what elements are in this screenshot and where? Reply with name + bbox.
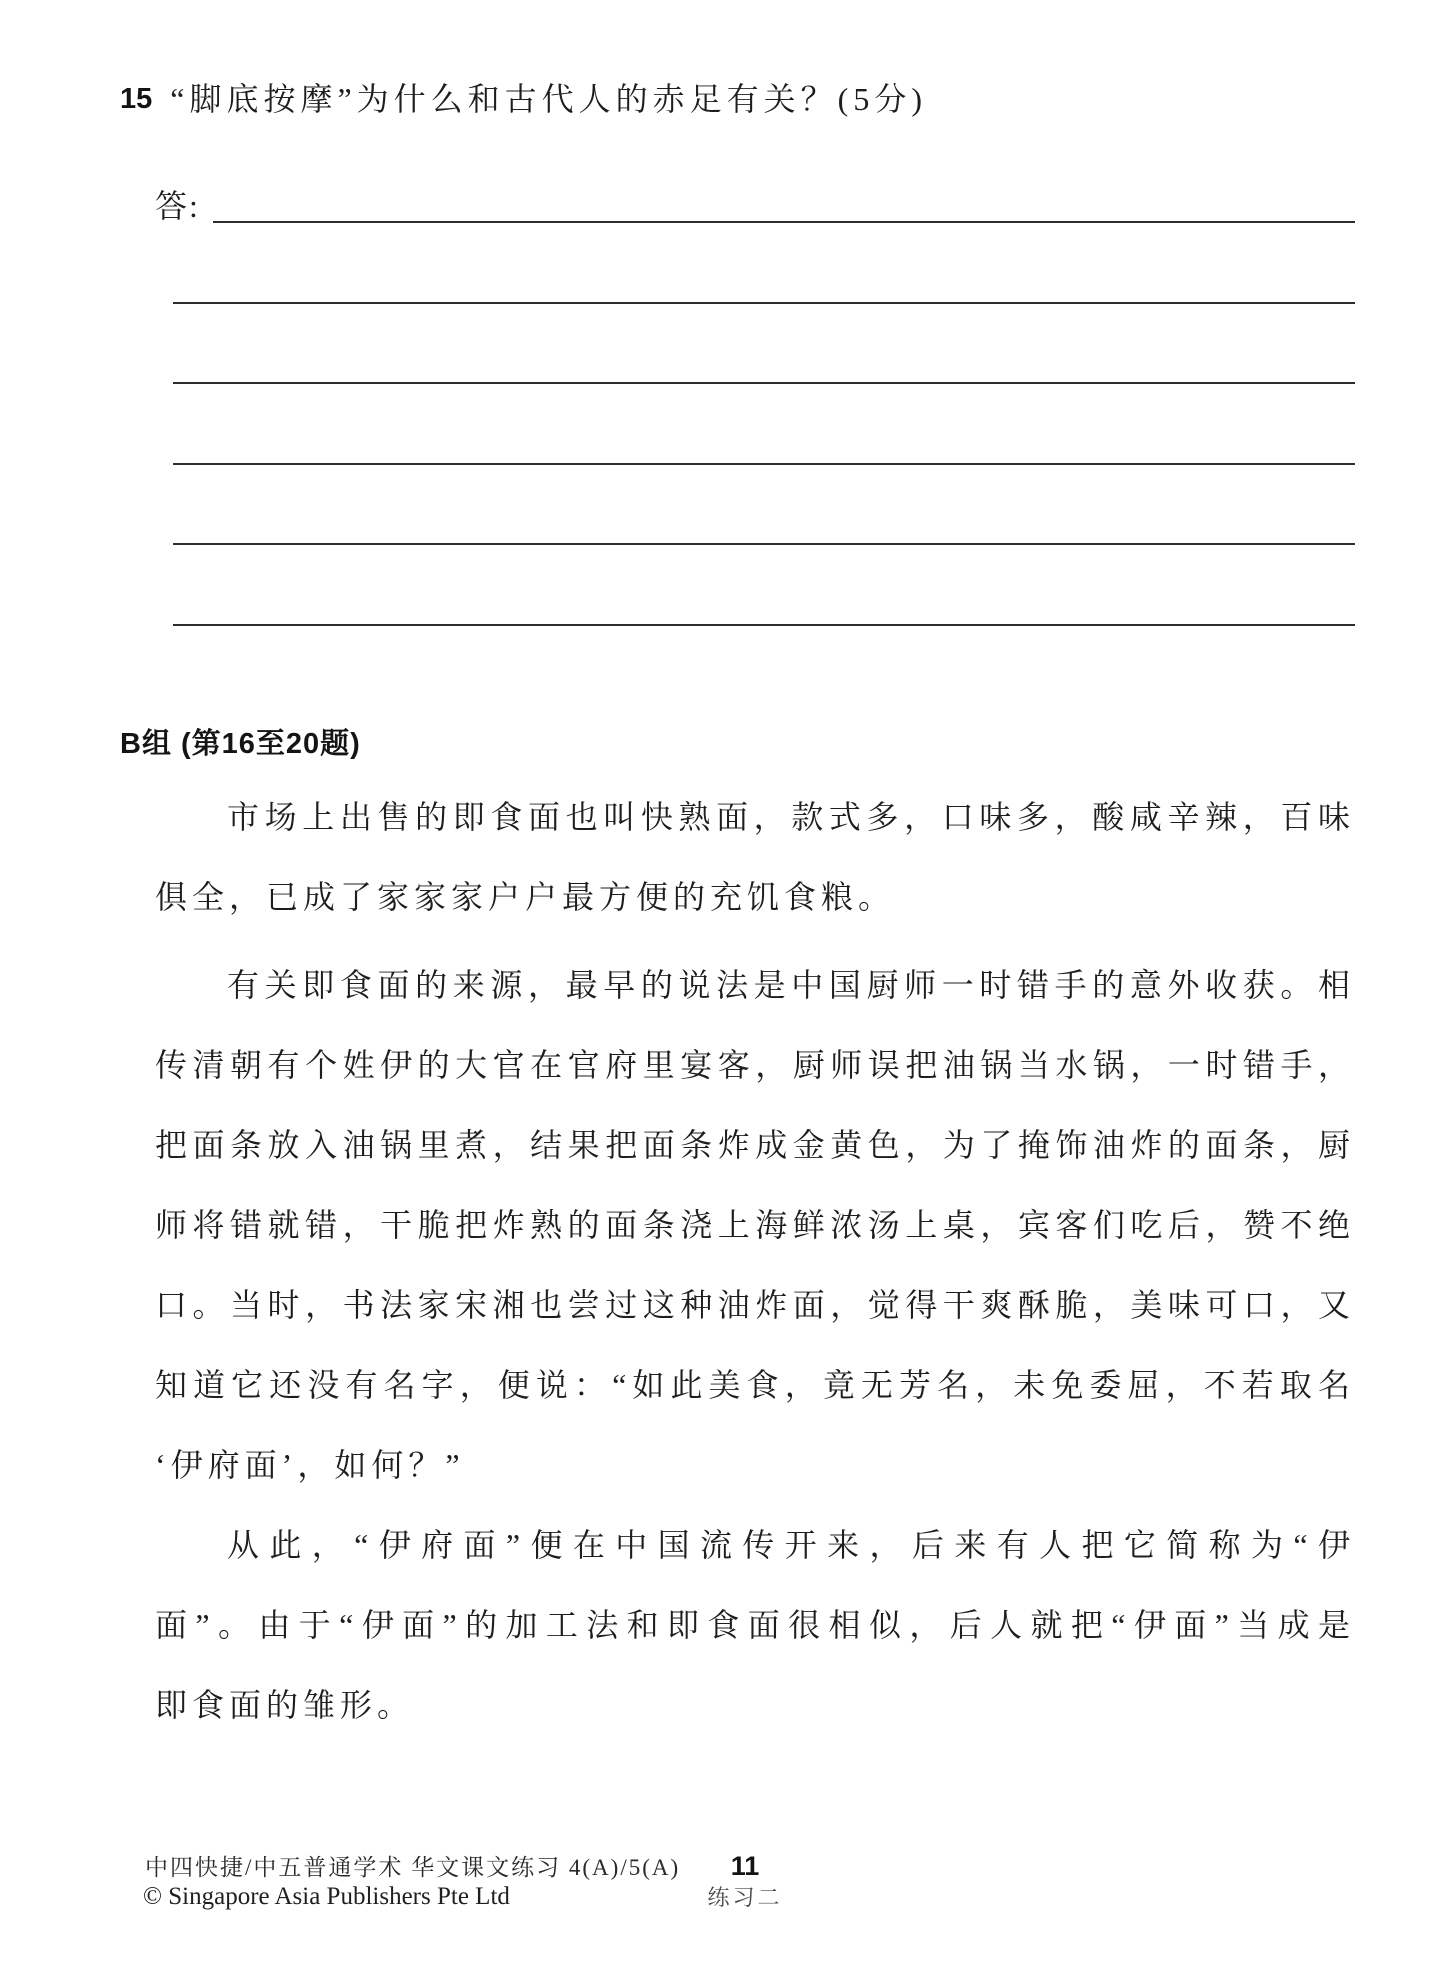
answer-line — [173, 463, 1355, 465]
answer-line — [213, 221, 1355, 223]
exercise-label: 练习二 — [690, 1884, 800, 1912]
question-15: 15 “脚底按摩”为什么和古代人的赤足有关？(5分) — [120, 76, 1370, 122]
passage-line: 俱全，已成了家家家户户最方便的充饥食粮。 — [155, 857, 1355, 937]
passage-line: ‘伊府面’，如何？” — [155, 1425, 1355, 1505]
question-number: 15 — [120, 76, 152, 122]
passage-line: 市场上出售的即食面也叫快熟面，款式多，口味多，酸咸辛辣，百味 — [155, 777, 1355, 857]
passage-line: 把面条放入油锅里煮，结果把面条炸成金黄色，为了掩饰油炸的面条，厨 — [155, 1105, 1355, 1185]
passage-line: 知道它还没有名字，便说：“如此美食，竟无芳名，未免委屈，不若取名 — [155, 1345, 1355, 1425]
answer-label: 答: — [155, 186, 200, 226]
section-b-heading: B组 (第16至20题) — [120, 726, 361, 762]
reading-passage: 市场上出售的即食面也叫快熟面，款式多，口味多，酸咸辛辣，百味 俱全，已成了家家家… — [155, 777, 1355, 1745]
passage-line: 面”。由于“伊面”的加工法和即食面很相似，后人就把“伊面”当成是 — [155, 1585, 1355, 1665]
footer-series-title: 中四快捷/中五普通学术 华文课文练习 4(A)/5(A) — [145, 1854, 680, 1882]
passage-line: 口。当时，书法家宋湘也尝过这种油炸面，觉得干爽酥脆，美味可口，又 — [155, 1265, 1355, 1345]
answer-line — [173, 543, 1355, 545]
answer-line — [173, 302, 1355, 304]
page-number: 11 — [698, 1850, 792, 1882]
passage-line: 有关即食面的来源，最早的说法是中国厨师一时错手的意外收获。相 — [155, 945, 1355, 1025]
passage-line: 师将错就错，干脆把炸熟的面条浇上海鲜浓汤上桌，宾客们吃后，赞不绝 — [155, 1185, 1355, 1265]
answer-line — [173, 624, 1355, 626]
answer-line — [173, 382, 1355, 384]
passage-line: 即食面的雏形。 — [155, 1665, 1355, 1745]
question-text: “脚底按摩”为什么和古代人的赤足有关？(5分) — [170, 76, 927, 122]
passage-line: 传清朝有个姓伊的大官在官府里宴客，厨师误把油锅当水锅，一时错手， — [155, 1025, 1355, 1105]
footer-copyright: © Singapore Asia Publishers Pte Ltd — [143, 1882, 510, 1912]
passage-line: 从此，“伊府面”便在中国流传开来，后来有人把它简称为“伊 — [155, 1505, 1355, 1585]
worksheet-page: 15 “脚底按摩”为什么和古代人的赤足有关？(5分) 答: B组 (第16至20… — [0, 0, 1445, 1974]
